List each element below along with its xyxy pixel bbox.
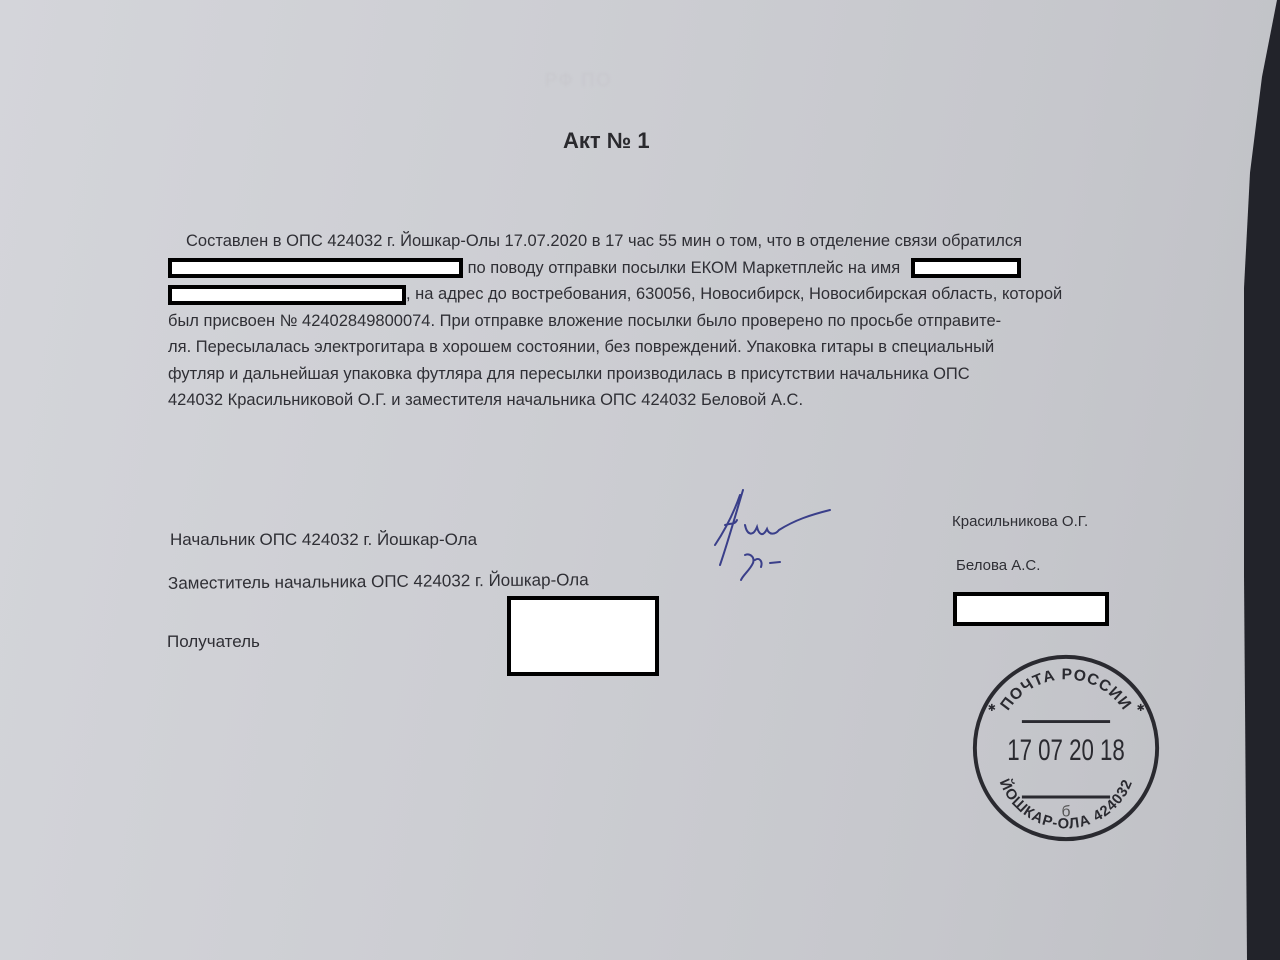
- body-line-1: Составлен в ОПС 424032 г. Йошкар-Олы 17.…: [168, 228, 1148, 255]
- bleed-through-text: РФ ПО: [545, 70, 612, 91]
- body-line-7: 424032 Красильниковой О.Г. и заместителя…: [168, 387, 1148, 414]
- signatory-role-recipient: Получатель: [167, 632, 260, 652]
- stamp-star-left: ✱: [988, 703, 996, 714]
- body-line-5: ля. Пересылалась электрогитара в хорошем…: [168, 334, 1148, 361]
- redaction-recipient-name-right: [953, 592, 1109, 626]
- signatory-name-deputy: Белова А.С.: [956, 557, 1040, 574]
- stamp-top-text: ПОЧТА РОССИИ: [997, 666, 1134, 713]
- signatory-role-deputy: Заместитель начальника ОПС 424032 г. Йош…: [168, 570, 589, 594]
- redaction-recipient-name-cont: [168, 285, 406, 305]
- body-text: футляр и дальнейшая упаковка футляра для…: [168, 365, 970, 383]
- body-text: , на адрес до востребования, 630056, Нов…: [406, 285, 1062, 303]
- document-title: Акт № 1: [563, 128, 650, 154]
- signatory-name-head: Красильникова О.Г.: [952, 513, 1088, 530]
- body-line-4: был присвоен № 42402849800074. При отпра…: [168, 308, 1148, 335]
- body-line-2: по поводу отправки посылки ЕКОМ Маркетпл…: [168, 255, 1148, 282]
- body-text: был присвоен № 42402849800074. При отпра…: [168, 312, 1001, 330]
- background-dark-object: [1220, 0, 1280, 960]
- body-text: 424032 Красильниковой О.Г. и заместителя…: [168, 391, 803, 409]
- redaction-recipient-signature: [507, 596, 659, 676]
- redaction-recipient-name: [911, 258, 1021, 278]
- document-body: Составлен в ОПС 424032 г. Йошкар-Олы 17.…: [168, 228, 1148, 414]
- body-line-6: футляр и дальнейшая упаковка футляра для…: [168, 361, 1148, 388]
- body-text: по поводу отправки посылки ЕКОМ Маркетпл…: [468, 259, 901, 277]
- body-line-3: , на адрес до востребования, 630056, Нов…: [168, 281, 1148, 308]
- handwritten-signature-icon: [705, 485, 835, 585]
- body-text: Составлен в ОПС 424032 г. Йошкар-Олы 17.…: [186, 232, 1022, 250]
- stamp-date: 17 07 20 18: [1007, 734, 1125, 767]
- svg-text:ПОЧТА РОССИИ: ПОЧТА РОССИИ: [997, 666, 1134, 713]
- body-text: ля. Пересылалась электрогитара в хорошем…: [168, 338, 994, 356]
- stamp-index-marker: б: [1062, 804, 1071, 821]
- stamp-star-right: ✱: [1137, 703, 1145, 714]
- redaction-sender-name: [168, 258, 463, 278]
- postal-stamp-icon: ПОЧТА РОССИИ ЙОШКАР-ОЛА 424032 ✱ ✱ 17 07…: [968, 650, 1164, 846]
- signatory-role-head: Начальник ОПС 424032 г. Йошкар-Ола: [170, 530, 477, 550]
